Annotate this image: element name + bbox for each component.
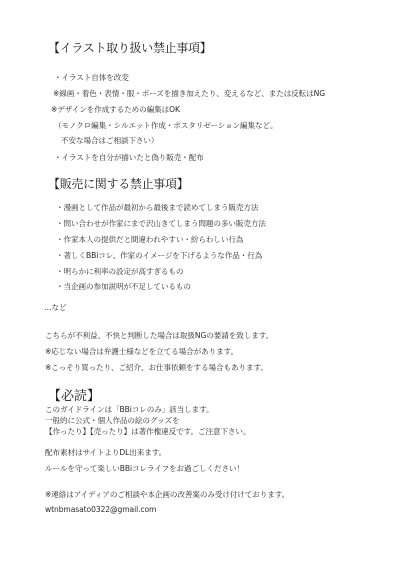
contact-note: ※連絡はアイディアのご相談や本企画の改善案のみ受け付けております。 [45,490,289,500]
rule-note: ※線画・着色・表情・服・ポーズを描き加えたり、変えるなど、または反転はNG [53,89,325,99]
rule-note: 不安な場合はご相談下さい） [61,136,158,146]
section-title-must-read: 【必読】 [48,389,100,405]
must-read-text: 【作ったり】【売ったり】は著作権違反です。ご注意下さい。 [45,427,250,437]
notice-text: ※応じない場合は弁護士様などを立てる場合があります。 [45,347,238,357]
rule-item: ・当企画の参加説明が不足しているもの [56,282,191,292]
distribution-text: 配布素材はサイトよりDL出来ます。 [45,448,166,458]
section-title-illustration-prohibitions: 【イラスト取り扱い禁止事項】 [48,40,211,56]
rule-item: ・著しくBBiコレ、作家のイメージを下げるような作品・行為 [56,251,262,261]
rule-item: ・明らかに利率の設定が高すぎるもの [56,267,183,277]
rule-item: ・問い合わせが作家にまで沢山きてしまう問題の多い販売方法 [56,219,266,229]
rule-item: ・作家本人の提供だと間違われやすい・紛らわしい行為 [56,235,243,245]
section-title-sales-prohibitions: 【販売に関する禁止事項】 [48,176,188,192]
distribution-text: ルールを守って楽しいBBiコレライフをお過ごしください！ [45,464,244,474]
contact-email[interactable]: wtnbmasato0322@gmail.com [45,505,156,515]
rule-note: （モノクロ編集・シルエット作成・ポスタリゼーション編集など。 [54,121,277,131]
notice-text: ※こっそり買ったり、ご紹介、お仕事依頼をする場合もあります。 [45,363,268,373]
rule-item: ・漫画として作品が最初から最後まで読めてしまう販売方法 [56,203,258,213]
rule-item: ・イラストを自分が描いたと偽り販売・配布 [54,153,204,163]
rule-note: ※デザインを作成するための編集はOK [51,105,180,115]
etc-text: …など [44,303,66,313]
rule-item: ・イラスト自体を改変 [54,73,129,83]
must-read-text: 一般的に公式・個人作品の絵のグッズを [45,416,180,426]
must-read-text: このガイドラインは「BBiコレのみ」該当します。 [45,405,214,415]
notice-text: こちらが不利益、不快と判断した場合は取扱NGの要請を致します。 [45,331,273,341]
